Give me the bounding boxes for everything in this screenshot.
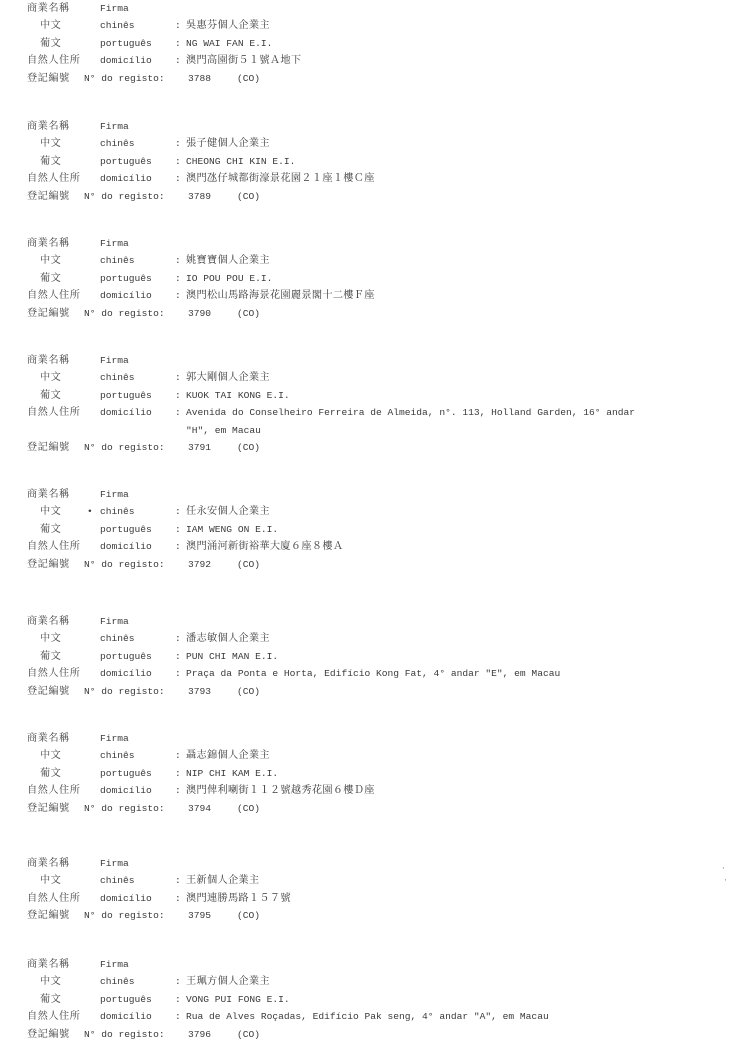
record-3792: 商業名稱 Firma 中文 • chinês : 任永安個人企業主 葡文 por…	[27, 486, 727, 573]
portugues-label-pt: português	[100, 153, 152, 170]
portugues-label-pt: português	[100, 270, 152, 287]
registo-line: 登記編號 N° do registo: 3790 (CO)	[27, 305, 727, 322]
chinese-name: 王珮方個人企業主	[186, 973, 270, 990]
record-3794: 商業名稱 Firma 中文 chinês : 聶志錦個人企業主 葡文 portu…	[27, 730, 727, 817]
registo-number: 3793	[188, 683, 211, 700]
firma-label-pt: Firma	[100, 956, 129, 973]
portugues-label-pt: português	[100, 35, 152, 52]
domicilio-label-zh: 自然人住所	[27, 538, 80, 555]
scan-speck: ·	[721, 864, 726, 873]
chines-line: 中文 chinês : 聶志錦個人企業主	[27, 747, 727, 764]
registo-label-pt: N° do registo:	[84, 305, 165, 322]
domicilio-value: 澳門高園街５１號Ａ地下	[186, 52, 301, 69]
domicilio-value: 澳門松山馬路海景花園麗景閣十二樓Ｆ座	[186, 287, 375, 304]
domicilio-label-zh: 自然人住所	[27, 404, 80, 421]
registo-code: (CO)	[237, 800, 260, 817]
portuguese-name: VONG PUI FONG E.I.	[186, 991, 290, 1008]
portugues-label-zh: 葡文	[40, 387, 61, 404]
chines-label-zh: 中文	[40, 135, 61, 152]
firma-label-zh: 商業名稱	[27, 956, 70, 973]
firma-line: 商業名稱 Firma	[27, 613, 727, 630]
domicilio-label-pt: domicílio	[100, 287, 152, 304]
firma-line: 商業名稱 Firma	[27, 118, 727, 135]
chinese-name: 郭大剛個人企業主	[186, 369, 270, 386]
chines-label-pt: chinês	[100, 973, 135, 990]
portugues-line: 葡文 português : KUOK TAI KONG E.I.	[27, 387, 727, 404]
portugues-label-zh: 葡文	[40, 648, 61, 665]
domicilio-line: 自然人住所 domicílio : 澳門涌河新街裕華大廈６座８樓Ａ	[27, 538, 727, 555]
portugues-label-zh: 葡文	[40, 270, 61, 287]
registo-number: 3789	[188, 188, 211, 205]
chines-label-zh: 中文	[40, 503, 61, 520]
chines-label-pt: chinês	[100, 630, 135, 647]
colon: :	[175, 973, 181, 990]
firma-label-zh: 商業名稱	[27, 730, 70, 747]
chines-line: 中文 chinês : 郭大剛個人企業主	[27, 369, 727, 386]
colon: :	[175, 52, 181, 69]
domicilio-line: 自然人住所 domicílio : Rua de Alves Roçadas, …	[27, 1008, 727, 1025]
domicilio-label-zh: 自然人住所	[27, 665, 80, 682]
colon: :	[175, 665, 181, 682]
domicilio-value: 澳門俾利喇街１１２號越秀花園６樓Ｄ座	[186, 782, 375, 799]
registo-label-pt: N° do registo:	[84, 683, 165, 700]
firma-label-zh: 商業名稱	[27, 486, 70, 503]
portuguese-name: NIP CHI KAM E.I.	[186, 765, 278, 782]
colon: :	[175, 153, 181, 170]
chinese-name: 任永安個人企業主	[186, 503, 270, 520]
record-3796: 商業名稱 Firma 中文 chinês : 王珮方個人企業主 葡文 portu…	[27, 956, 727, 1043]
firma-line: 商業名稱 Firma	[27, 855, 727, 872]
registo-number: 3788	[188, 70, 211, 87]
registo-label-pt: N° do registo:	[84, 1026, 165, 1043]
registo-label-zh: 登記編號	[27, 907, 70, 924]
record-3795: 商業名稱 Firma 中文 chinês : 王新個人企業主 自然人住所 dom…	[27, 855, 727, 925]
chinese-name: 吳惠芬個人企業主	[186, 17, 270, 34]
chinese-name: 張子健個人企業主	[186, 135, 270, 152]
colon: :	[175, 270, 181, 287]
portugues-label-pt: português	[100, 648, 152, 665]
domicilio-label-pt: domicílio	[100, 890, 152, 907]
portugues-label-pt: português	[100, 765, 152, 782]
colon: :	[175, 503, 181, 520]
domicilio-label-pt: domicílio	[100, 404, 152, 421]
colon: :	[175, 404, 181, 421]
portugues-label-pt: português	[100, 521, 152, 538]
firma-label-zh: 商業名稱	[27, 118, 70, 135]
registo-code: (CO)	[237, 683, 260, 700]
chines-label-pt: chinês	[100, 135, 135, 152]
chines-line: 中文 chinês : 潘志敏個人企業主	[27, 630, 727, 647]
colon: :	[175, 630, 181, 647]
portugues-line: 葡文 português : IAM WENG ON E.I.	[27, 521, 727, 538]
registo-line: 登記編號 N° do registo: 3788 (CO)	[27, 70, 727, 87]
registo-label-pt: N° do registo:	[84, 556, 165, 573]
portuguese-name: PUN CHI MAN E.I.	[186, 648, 278, 665]
registo-line: 登記編號 N° do registo: 3792 (CO)	[27, 556, 727, 573]
domicilio-label-pt: domicílio	[100, 538, 152, 555]
domicilio-line: 自然人住所 domicílio : Avenida do Conselheiro…	[27, 404, 727, 439]
record-3793: 商業名稱 Firma 中文 chinês : 潘志敏個人企業主 葡文 portu…	[27, 613, 727, 700]
registo-label-pt: N° do registo:	[84, 800, 165, 817]
colon: :	[175, 369, 181, 386]
firma-line: 商業名稱 Firma	[27, 352, 727, 369]
registo-label-zh: 登記編號	[27, 1026, 70, 1043]
colon: :	[175, 252, 181, 269]
chines-label-zh: 中文	[40, 973, 61, 990]
registo-code: (CO)	[237, 305, 260, 322]
firma-line: 商業名稱 Firma	[27, 956, 727, 973]
colon: :	[175, 17, 181, 34]
chinese-name: 姚寶寶個人企業主	[186, 252, 270, 269]
colon: :	[175, 135, 181, 152]
registo-label-zh: 登記編號	[27, 439, 70, 456]
firma-line: 商業名稱 Firma	[27, 730, 727, 747]
chines-label-zh: 中文	[40, 872, 61, 889]
registo-label-zh: 登記編號	[27, 683, 70, 700]
domicilio-label-zh: 自然人住所	[27, 170, 80, 187]
chinese-name: 聶志錦個人企業主	[186, 747, 270, 764]
chines-label-zh: 中文	[40, 17, 61, 34]
firma-label-pt: Firma	[100, 0, 129, 17]
portuguese-name: CHEONG CHI KIN E.I.	[186, 153, 295, 170]
firma-label-pt: Firma	[100, 118, 129, 135]
chinese-name: 潘志敏個人企業主	[186, 630, 270, 647]
colon: :	[175, 538, 181, 555]
domicilio-value: Avenida do Conselheiro Ferreira de Almei…	[186, 404, 635, 421]
registo-code: (CO)	[237, 907, 260, 924]
domicilio-line: 自然人住所 domicílio : Praça da Ponta e Horta…	[27, 665, 727, 682]
colon: :	[175, 170, 181, 187]
registo-number: 3796	[188, 1026, 211, 1043]
chines-label-zh: 中文	[40, 369, 61, 386]
registo-number: 3792	[188, 556, 211, 573]
colon: :	[175, 782, 181, 799]
registo-number: 3791	[188, 439, 211, 456]
chines-line: 中文 • chinês : 任永安個人企業主	[27, 503, 727, 520]
domicilio-label-pt: domicílio	[100, 1008, 152, 1025]
registo-line: 登記編號 N° do registo: 3791 (CO)	[27, 439, 727, 456]
colon: :	[175, 287, 181, 304]
portugues-line: 葡文 português : PUN CHI MAN E.I.	[27, 648, 727, 665]
registo-code: (CO)	[237, 70, 260, 87]
record-3788: 商業名稱 Firma 中文 chinês : 吳惠芬個人企業主 葡文 portu…	[27, 0, 727, 87]
domicilio-label-pt: domicílio	[100, 782, 152, 799]
domicilio-line: 自然人住所 domicílio : 澳門高園街５１號Ａ地下	[27, 52, 727, 69]
chines-line: 中文 chinês : 吳惠芬個人企業主	[27, 17, 727, 34]
chines-line: 中文 chinês : 姚寶寶個人企業主	[27, 252, 727, 269]
portugues-label-zh: 葡文	[40, 35, 61, 52]
portuguese-name: IO POU POU E.I.	[186, 270, 272, 287]
domicilio-label-zh: 自然人住所	[27, 782, 80, 799]
firma-line: 商業名稱 Firma	[27, 235, 727, 252]
domicilio-value: Praça da Ponta e Horta, Edifício Kong Fa…	[186, 665, 560, 682]
colon: :	[175, 521, 181, 538]
firma-label-zh: 商業名稱	[27, 352, 70, 369]
portugues-line: 葡文 português : NIP CHI KAM E.I.	[27, 765, 727, 782]
registo-number: 3795	[188, 907, 211, 924]
registo-label-zh: 登記編號	[27, 800, 70, 817]
registo-label-pt: N° do registo:	[84, 907, 165, 924]
firma-label-zh: 商業名稱	[27, 235, 70, 252]
record-3790: 商業名稱 Firma 中文 chinês : 姚寶寶個人企業主 葡文 portu…	[27, 235, 727, 322]
registo-line: 登記編號 N° do registo: 3796 (CO)	[27, 1026, 727, 1043]
chines-label-zh: 中文	[40, 252, 61, 269]
scan-speck: ·	[723, 876, 728, 885]
registo-label-pt: N° do registo:	[84, 70, 165, 87]
portugues-line: 葡文 português : NG WAI FAN E.I.	[27, 35, 727, 52]
chines-label-pt: chinês	[100, 369, 135, 386]
domicilio-label-pt: domicílio	[100, 52, 152, 69]
firma-label-zh: 商業名稱	[27, 855, 70, 872]
firma-line: 商業名稱 Firma	[27, 486, 727, 503]
chines-line: 中文 chinês : 王珮方個人企業主	[27, 973, 727, 990]
registo-label-pt: N° do registo:	[84, 188, 165, 205]
domicilio-label-zh: 自然人住所	[27, 890, 80, 907]
portugues-label-zh: 葡文	[40, 765, 61, 782]
chines-label-pt: chinês	[100, 17, 135, 34]
chines-line: 中文 chinês : 張子健個人企業主	[27, 135, 727, 152]
domicilio-label-zh: 自然人住所	[27, 287, 80, 304]
stray-mark: •	[87, 503, 93, 520]
registo-label-pt: N° do registo:	[84, 439, 165, 456]
domicilio-label-zh: 自然人住所	[27, 52, 80, 69]
colon: :	[175, 765, 181, 782]
registo-label-zh: 登記編號	[27, 556, 70, 573]
domicilio-label-zh: 自然人住所	[27, 1008, 80, 1025]
portugues-label-zh: 葡文	[40, 521, 61, 538]
portugues-label-pt: português	[100, 991, 152, 1008]
colon: :	[175, 747, 181, 764]
colon: :	[175, 648, 181, 665]
colon: :	[175, 890, 181, 907]
domicilio-line: 自然人住所 domicílio : 澳門連勝馬路１５７號	[27, 890, 727, 907]
registo-line: 登記編號 N° do registo: 3794 (CO)	[27, 800, 727, 817]
portuguese-name: NG WAI FAN E.I.	[186, 35, 272, 52]
registo-line: 登記編號 N° do registo: 3789 (CO)	[27, 188, 727, 205]
domicilio-line: 自然人住所 domicílio : 澳門松山馬路海景花園麗景閣十二樓Ｆ座	[27, 287, 727, 304]
portuguese-name: KUOK TAI KONG E.I.	[186, 387, 290, 404]
chines-label-pt: chinês	[100, 503, 135, 520]
registo-label-zh: 登記編號	[27, 70, 70, 87]
firma-label-pt: Firma	[100, 235, 129, 252]
domicilio-label-pt: domicílio	[100, 665, 152, 682]
portugues-line: 葡文 português : VONG PUI FONG E.I.	[27, 991, 727, 1008]
chines-label-pt: chinês	[100, 872, 135, 889]
registo-label-zh: 登記編號	[27, 188, 70, 205]
colon: :	[175, 387, 181, 404]
domicilio-line: 自然人住所 domicílio : 澳門俾利喇街１１２號越秀花園６樓Ｄ座	[27, 782, 727, 799]
portuguese-name: IAM WENG ON E.I.	[186, 521, 278, 538]
firma-label-zh: 商業名稱	[27, 613, 70, 630]
record-3791: 商業名稱 Firma 中文 chinês : 郭大剛個人企業主 葡文 portu…	[27, 352, 727, 456]
chinese-name: 王新個人企業主	[186, 872, 259, 889]
portugues-label-zh: 葡文	[40, 991, 61, 1008]
firma-label-zh: 商業名稱	[27, 0, 70, 17]
registo-line: 登記編號 N° do registo: 3795 (CO)	[27, 907, 727, 924]
portugues-label-zh: 葡文	[40, 153, 61, 170]
chines-line: 中文 chinês : 王新個人企業主	[27, 872, 727, 889]
registo-label-zh: 登記編號	[27, 305, 70, 322]
portugues-line: 葡文 português : IO POU POU E.I.	[27, 270, 727, 287]
domicilio-value: Rua de Alves Roçadas, Edifício Pak seng,…	[186, 1008, 549, 1025]
firma-label-pt: Firma	[100, 613, 129, 630]
registo-code: (CO)	[237, 439, 260, 456]
firma-label-pt: Firma	[100, 352, 129, 369]
domicilio-line: 自然人住所 domicílio : 澳門氹仔城都街濠景花園２１座１樓Ｃ座	[27, 170, 727, 187]
registo-number: 3790	[188, 305, 211, 322]
domicilio-value: 澳門連勝馬路１５７號	[186, 890, 291, 907]
registo-number: 3794	[188, 800, 211, 817]
record-3789: 商業名稱 Firma 中文 chinês : 張子健個人企業主 葡文 portu…	[27, 118, 727, 205]
domicilio-value: 澳門涌河新街裕華大廈６座８樓Ａ	[186, 538, 343, 555]
colon: :	[175, 1008, 181, 1025]
firma-label-pt: Firma	[100, 730, 129, 747]
domicilio-label-pt: domicílio	[100, 170, 152, 187]
colon: :	[175, 35, 181, 52]
chines-label-zh: 中文	[40, 747, 61, 764]
registo-code: (CO)	[237, 1026, 260, 1043]
firma-label-pt: Firma	[100, 855, 129, 872]
portugues-line: 葡文 português : CHEONG CHI KIN E.I.	[27, 153, 727, 170]
portugues-label-pt: português	[100, 387, 152, 404]
domicilio-value-continued: "H", em Macau	[186, 422, 261, 439]
chines-label-zh: 中文	[40, 630, 61, 647]
colon: :	[175, 991, 181, 1008]
colon: :	[175, 872, 181, 889]
chines-label-pt: chinês	[100, 747, 135, 764]
chines-label-pt: chinês	[100, 252, 135, 269]
registo-code: (CO)	[237, 188, 260, 205]
firma-label-pt: Firma	[100, 486, 129, 503]
registo-code: (CO)	[237, 556, 260, 573]
domicilio-value: 澳門氹仔城都街濠景花園２１座１樓Ｃ座	[186, 170, 375, 187]
registo-line: 登記編號 N° do registo: 3793 (CO)	[27, 683, 727, 700]
firma-line: 商業名稱 Firma	[27, 0, 727, 17]
